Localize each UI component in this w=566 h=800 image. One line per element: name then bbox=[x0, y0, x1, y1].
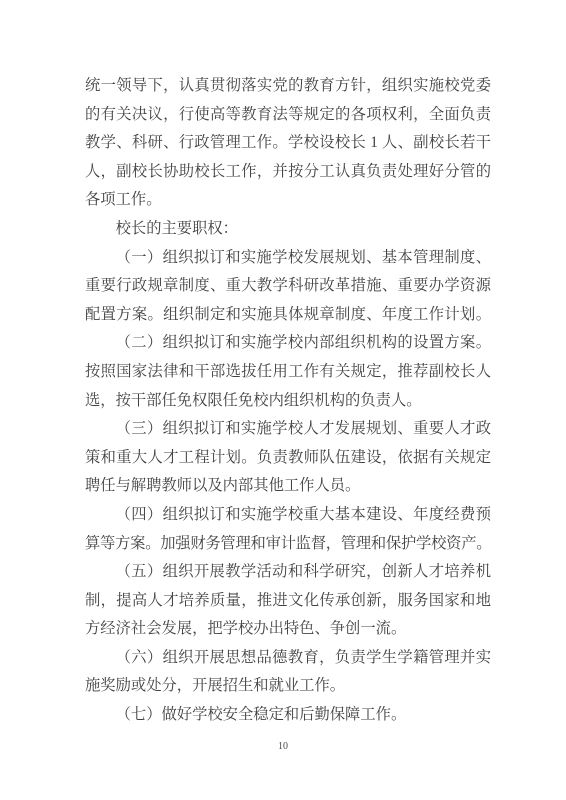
text-line: （五）组织开展教学活动和科学研究，创新人才培养机 bbox=[85, 558, 491, 587]
text-line: 施奖励或处分，开展招生和就业工作。 bbox=[85, 672, 491, 701]
text-line: （三）组织拟订和实施学校人才发展规划、重要人才政 bbox=[85, 415, 491, 444]
text-line: 聘任与解聘教师以及内部其他工作人员。 bbox=[85, 472, 491, 501]
text-line: 教学、科研、行政管理工作。学校设校长 1 人、副校长若干 bbox=[85, 129, 491, 158]
text-line: 配置方案。组织制定和实施具体规章制度、年度工作计划。 bbox=[85, 301, 491, 330]
page-number: 10 bbox=[278, 741, 288, 752]
text-line: （六）组织开展思想品德教育，负责学生学籍管理并实 bbox=[85, 644, 491, 673]
text-line: 策和重大人才工程计划。负责教师队伍建设，依据有关规定 bbox=[85, 444, 491, 473]
text-line: 各项工作。 bbox=[85, 186, 491, 215]
text-line: （七）做好学校安全稳定和后勤保障工作。 bbox=[85, 701, 491, 730]
document-page: 统一领导下，认真贯彻落实党的教育方针，组织实施校党委的有关决议，行使高等教育法等… bbox=[0, 0, 566, 800]
text-line: （四）组织拟订和实施学校重大基本建设、年度经费预 bbox=[85, 501, 491, 530]
text-line: 选，按干部任免权限任免校内组织机构的负责人。 bbox=[85, 387, 491, 416]
text-line: 重要行政规章制度、重大教学科研改革措施、重要办学资源 bbox=[85, 272, 491, 301]
text-line: 校长的主要职权： bbox=[85, 215, 491, 244]
text-line: （二）组织拟订和实施学校内部组织机构的设置方案。 bbox=[85, 329, 491, 358]
text-line: 统一领导下，认真贯彻落实党的教育方针，组织实施校党委 bbox=[85, 72, 491, 101]
text-line: （一）组织拟订和实施学校发展规划、基本管理制度、 bbox=[85, 244, 491, 273]
text-line: 的有关决议，行使高等教育法等规定的各项权利，全面负责 bbox=[85, 101, 491, 130]
text-line: 算等方案。加强财务管理和审计监督，管理和保护学校资产。 bbox=[85, 530, 491, 559]
text-line: 方经济社会发展，把学校办出特色、争创一流。 bbox=[85, 615, 491, 644]
page-number-footer: 10 bbox=[0, 740, 566, 754]
document-body: 统一领导下，认真贯彻落实党的教育方针，组织实施校党委的有关决议，行使高等教育法等… bbox=[85, 72, 491, 730]
text-line: 按照国家法律和干部选拔任用工作有关规定，推荐副校长人 bbox=[85, 358, 491, 387]
text-line: 制，提高人才培养质量，推进文化传承创新，服务国家和地 bbox=[85, 587, 491, 616]
text-line: 人，副校长协助校长工作，并按分工认真负责处理好分管的 bbox=[85, 158, 491, 187]
